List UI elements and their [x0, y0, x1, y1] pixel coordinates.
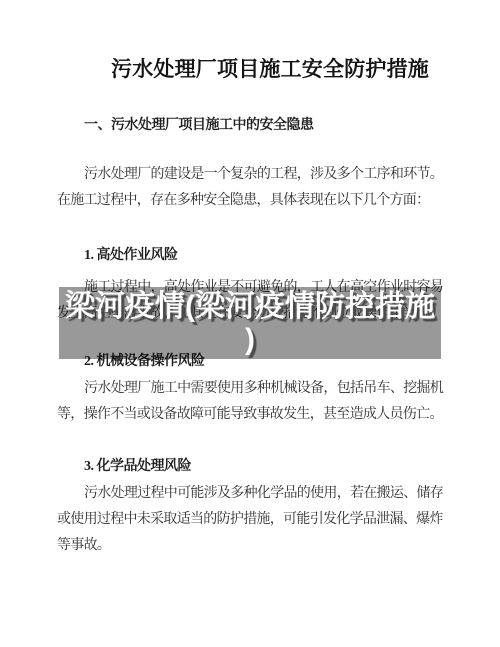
paragraph-line: 等，操作不当或设备故障可能导致事故发生，甚至造成人员伤亡。 [57, 402, 443, 428]
risk-item-heading-1: 1. 高处作业风险 [84, 243, 178, 269]
watermark-text-line-2: ) [59, 323, 441, 356]
paragraph-line: 或使用过程中未采取适当的防护措施，可能引发化学品泄漏、爆炸 [57, 507, 443, 533]
risk-item-heading-3: 3. 化学品处理风险 [84, 454, 191, 480]
watermark-overlay: 梁河疫情(梁河疫情防控措施 ) [59, 287, 441, 359]
paragraph-line: 等事故。 [57, 533, 443, 559]
doc-title: 污水处理厂项目施工安全防护措施 [20, 55, 500, 85]
intro-paragraph: 污水处理厂的建设是一个复杂的工程，涉及多个工序和环节。 在施工过程中，存在多种安… [57, 162, 443, 214]
paragraph-line: 污水处理过程中可能涉及多种化学品的使用，若在搬运、储存 [57, 481, 443, 507]
watermark-text-line-1: 梁河疫情(梁河疫情防控措施 [59, 290, 441, 323]
section-heading: 一、污水处理厂项目施工中的安全隐患 [84, 113, 314, 139]
paragraph-line: 污水处理厂的建设是一个复杂的工程，涉及多个工序和环节。 [57, 162, 443, 188]
risk-paragraph-2: 污水处理厂施工中需要使用多种机械设备，包括吊车、挖掘机 等，操作不当或设备故障可… [57, 376, 443, 428]
paragraph-line: 污水处理厂施工中需要使用多种机械设备，包括吊车、挖掘机 [57, 376, 443, 402]
document-page: 污水处理厂项目施工安全防护措施 一、污水处理厂项目施工中的安全隐患 污水处理厂的… [0, 0, 500, 647]
paragraph-line: 在施工过程中，存在多种安全隐患，具体表现在以下几个方面： [57, 188, 443, 214]
risk-paragraph-3: 污水处理过程中可能涉及多种化学品的使用，若在搬运、储存 或使用过程中未采取适当的… [57, 481, 443, 559]
